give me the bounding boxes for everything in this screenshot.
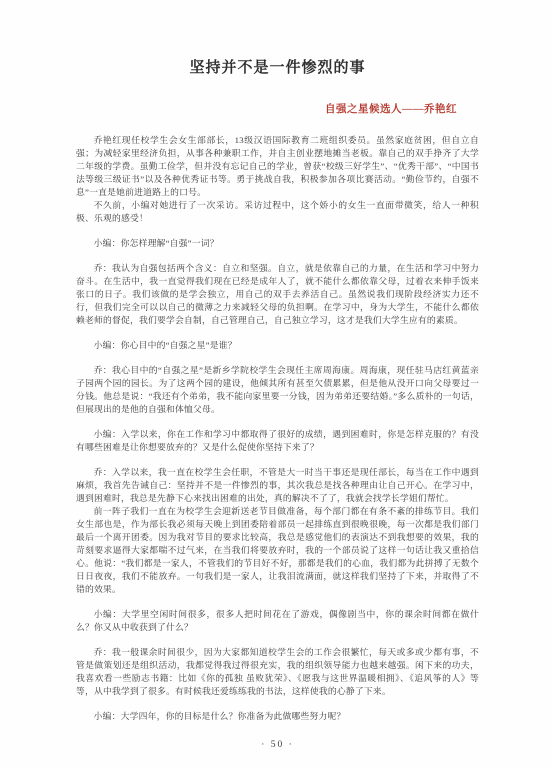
- interview-answer-1: 乔：我认为自强包括两个含义：自立和坚强。自立，就是依靠自己的力量，在生活和学习中…: [76, 262, 479, 327]
- interview-answer-3-continued: 前一阵子我们一直在为校学生会迎新送老节目做准备，每个部门都在有条不紊的排练节目。…: [76, 505, 479, 596]
- interview-question-3: 小编：入学以来，你在工作和学习中都取得了很好的成绩，遇到困难时，你是怎样克服的？…: [76, 428, 479, 454]
- intro-paragraph: 乔艳红现任校学生会女生部部长，13级汉语国际教育二班组织委员。虽然家庭贫困，但自…: [76, 134, 479, 199]
- narration-paragraph: 不久前，小编对她进行了一次采访。采访过程中，这个娇小的女生一直面带微笑，给人一种…: [76, 199, 479, 225]
- interview-question-1: 小编：你怎样理解“自强”一词？: [76, 237, 479, 250]
- subtitle-candidate-name: 自强之星候选人——乔艳红: [76, 101, 479, 116]
- page-title: 坚持并不是一件惨烈的事: [76, 56, 479, 77]
- interview-question-5: 小编：大学四年，你的目标是什么？你准备为此做哪些努力呢？: [76, 710, 479, 723]
- interview-answer-3: 乔：入学以来，我一直在校学生会任职，不管是大一时当干事还是现任部长，每当在工作中…: [76, 466, 479, 505]
- interview-question-2: 小编：你心目中的“自强之星”是谁？: [76, 339, 479, 352]
- page-number: · 50 ·: [76, 740, 479, 754]
- interview-answer-4: 乔：我一般课余时间很少，因为大家都知道校学生会的工作会很繁忙，每天或多或少都有事…: [76, 646, 479, 698]
- document-page: 坚持并不是一件惨烈的事 自强之星候选人——乔艳红 乔艳红现任校学生会女生部部长，…: [0, 0, 551, 768]
- interview-question-4: 小编：大学里空闲时间很多，很多人把时间花在了游戏，偶像剧当中，你的课余时间都在做…: [76, 608, 479, 634]
- interview-answer-2: 乔：我心目中的“自强之星”是新乡学院校学生会现任主席周海康。周海康，现任驻马店红…: [76, 364, 479, 416]
